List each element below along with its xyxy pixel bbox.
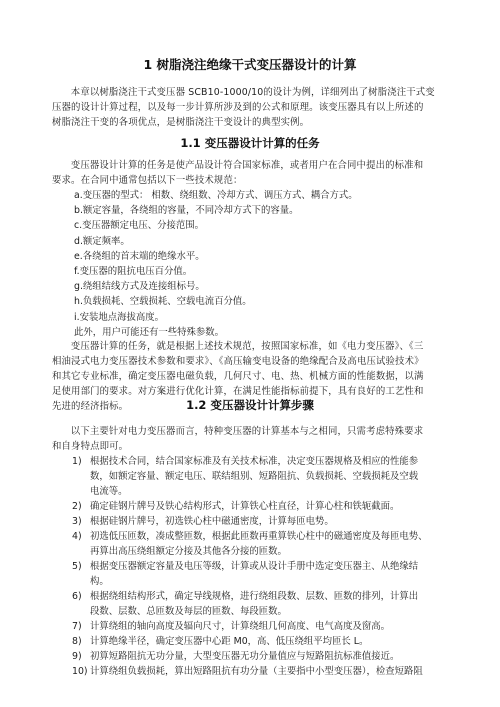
step-item-10: 10) 计算绕组负载损耗，算出短路阻抗有功分量（主要指中小型变压器），检查短路阻 bbox=[72, 664, 452, 679]
step-number: 6) bbox=[72, 589, 90, 619]
spec-list: a.变压器的型式： 相数、绕组数、冷却方式、调压方式、耦合方式。 b.额定容量，… bbox=[74, 188, 454, 340]
step-item-5: 5) 根据变压器额定容量及电压等级，计算或从设计手册中选定变压器主、从绝缘结 构… bbox=[72, 559, 452, 589]
intro-paragraph: 本章以树脂浇注干式变压器 SCB10-1000/10的设计为例，详细列出了树脂浇… bbox=[52, 85, 442, 130]
spec-item-d: d.额定频率。 bbox=[74, 234, 454, 249]
step-text: 确定硅钢片牌号及铁心结构形式，计算铁心柱直径，计算心柱和铁轭截面。 bbox=[90, 499, 452, 514]
step-number: 7) bbox=[72, 619, 90, 634]
spec-item-e: e.各绕组的首末端的绝缘水平。 bbox=[74, 249, 454, 264]
step-number: 2) bbox=[72, 499, 90, 514]
step-text: 计算绕组负载损耗，算出短路阻抗有功分量（主要指中小型变压器），检查短路阻 bbox=[90, 664, 452, 679]
step-text: 根据绕组结构形式，确定导线规格，进行绕组段数、层数、匝数的排列，计算出 bbox=[90, 589, 452, 604]
step-item-3: 3) 根据硅钢片牌号，初选铁心柱中磁通密度，计算每匝电势。 bbox=[72, 514, 452, 529]
step-text: 初算短路阻抗无功分量，大型变压器无功分量值应与短路阻抗标准值接近。 bbox=[90, 649, 452, 664]
spec-item-a: a.变压器的型式： 相数、绕组数、冷却方式、调压方式、耦合方式。 bbox=[74, 188, 454, 203]
chapter-title: 1 树脂浇注绝缘干式变压器设计的计算 bbox=[0, 57, 500, 73]
step-text: 段数、层数、总匝数及每层的匝数、每段匝数。 bbox=[90, 604, 452, 619]
step-number: 10) bbox=[72, 664, 90, 679]
text-line: 变压器设计计算的任务是使产品设计符合国家标准，或者用户在合同中提出的标准和 bbox=[52, 158, 442, 173]
step-text: 计算绕组的轴向高度及辐向尺寸，计算绕组几何高度、电气高度及窗高。 bbox=[90, 619, 452, 634]
text-line: 相油浸式电力变压器技术参数和要求》、《高压输变电设备的绝缘配合及高电压试验技术》 bbox=[52, 354, 442, 369]
document-page: 1 树脂浇注绝缘干式变压器设计的计算 本章以树脂浇注干式变压器 SCB10-10… bbox=[0, 0, 500, 707]
step-item-2: 2) 确定硅钢片牌号及铁心结构形式，计算铁心柱直径，计算心柱和铁轭截面。 bbox=[72, 499, 452, 514]
text-line: 压器的设计计算过程，以及每一步计算所涉及到的公式和原理。该变压器具有以上所述的 bbox=[52, 100, 442, 115]
text-line: 足使用部门的要求。对方案进行优化计算，在满足性能指标前提下，具有良好的工艺性和 bbox=[52, 384, 442, 399]
step-number: 3) bbox=[72, 514, 90, 529]
spec-note: 此外，用户可能还有一些特殊参数。 bbox=[74, 325, 454, 340]
step-item-4: 4) 初选低压匝数，凑成整匝数，根据此匝数再重算铁心柱中的磁通密度及每匝电势、 … bbox=[72, 529, 452, 559]
step-number: 9) bbox=[72, 649, 90, 664]
step-number: 1) bbox=[72, 454, 90, 499]
step-item-6: 6) 根据绕组结构形式，确定导线规格，进行绕组段数、层数、匝数的排列，计算出 段… bbox=[72, 589, 452, 619]
step-number: 5) bbox=[72, 559, 90, 589]
step-text: 根据硅钢片牌号，初选铁心柱中磁通密度，计算每匝电势。 bbox=[90, 514, 452, 529]
section-heading-1-1: 1.1 变压器设计计算的任务 bbox=[0, 136, 500, 151]
step-item-9: 9) 初算短路阻抗无功分量，大型变压器无功分量值应与短路阻抗标准值接近。 bbox=[72, 649, 452, 664]
section2-intro: 以下主要针对电力变压器而言，特种变压器的计算基本与之相同，只需考虑特殊要求 和自… bbox=[52, 424, 442, 454]
step-item-7: 7) 计算绕组的轴向高度及辐向尺寸，计算绕组几何高度、电气高度及窗高。 bbox=[72, 619, 452, 634]
step-text: 初选低压匝数，凑成整匝数，根据此匝数再重算铁心柱中的磁通密度及每匝电势、 bbox=[90, 529, 452, 544]
step-item-8: 8) 计算绝缘半径，确定变压器中心距 M0，高、低压绕组平均匝长 L。 bbox=[72, 634, 452, 649]
step-item-1: 1) 根据技术合同，结合国家标准及有关技术标准，决定变压器规格及相应的性能参 数… bbox=[72, 454, 452, 499]
spec-item-h: h.负载损耗、空载损耗、空载电流百分值。 bbox=[74, 294, 454, 309]
text-line: 本章以树脂浇注干式变压器 SCB10-1000/10的设计为例，详细列出了树脂浇… bbox=[52, 85, 442, 100]
step-text: 根据变压器额定容量及电压等级，计算或从设计手册中选定变压器主、从绝缘结 bbox=[90, 559, 452, 574]
spec-item-i: i.安装地点海拔高度。 bbox=[74, 310, 454, 325]
text-line: 以下主要针对电力变压器而言，特种变压器的计算基本与之相同，只需考虑特殊要求 bbox=[52, 424, 442, 439]
step-text: 数，如额定容量、额定电压、联结组别、短路阻抗、负载损耗、空载损耗及空载 bbox=[90, 469, 452, 484]
step-text: 计算绝缘半径，确定变压器中心距 M0，高、低压绕组平均匝长 L。 bbox=[90, 634, 452, 649]
text-line: 和自身特点即可。 bbox=[52, 439, 442, 454]
step-text: 构。 bbox=[90, 574, 452, 589]
steps-list: 1) 根据技术合同，结合国家标准及有关技术标准，决定变压器规格及相应的性能参 数… bbox=[72, 454, 452, 679]
step-text: 根据技术合同，结合国家标准及有关技术标准，决定变压器规格及相应的性能参 bbox=[90, 454, 452, 469]
text-line: 和其它专业标准，确定变压器电磁负载，几何尺寸、电、热、机械方面的性能数据，以满 bbox=[52, 369, 442, 384]
text-line: 树脂浇注干变的各项优点，是树脂浇注干变设计的典型实例。 bbox=[52, 115, 442, 130]
step-number: 4) bbox=[72, 529, 90, 559]
spec-item-g: g.绕组结线方式及连接组标号。 bbox=[74, 279, 454, 294]
step-text: 再算出高压绕组额定分接及其他各分接的匝数。 bbox=[90, 544, 452, 559]
section1-paragraph-1: 变压器设计计算的任务是使产品设计符合国家标准，或者用户在合同中提出的标准和 要求… bbox=[52, 158, 442, 188]
spec-item-f: f.变压器的阻抗电压百分值。 bbox=[74, 264, 454, 279]
spec-item-b: b.额定容量，各绕组的容量，不同冷却方式下的容量。 bbox=[74, 203, 454, 218]
step-number: 8) bbox=[72, 634, 90, 649]
text-line: 变压器计算的任务，就是根据上述技术规范，按照国家标准，如《电力变压器》、《三 bbox=[52, 339, 442, 354]
text-line: 要求。在合同中通常包括以下一些技术规范： bbox=[52, 173, 442, 188]
spec-item-c: c.变压器额定电压、分接范围。 bbox=[74, 218, 454, 233]
section-heading-1-2: 1.2 变压器设计计算步骤 bbox=[0, 398, 500, 413]
step-text: 电流等。 bbox=[90, 484, 452, 499]
